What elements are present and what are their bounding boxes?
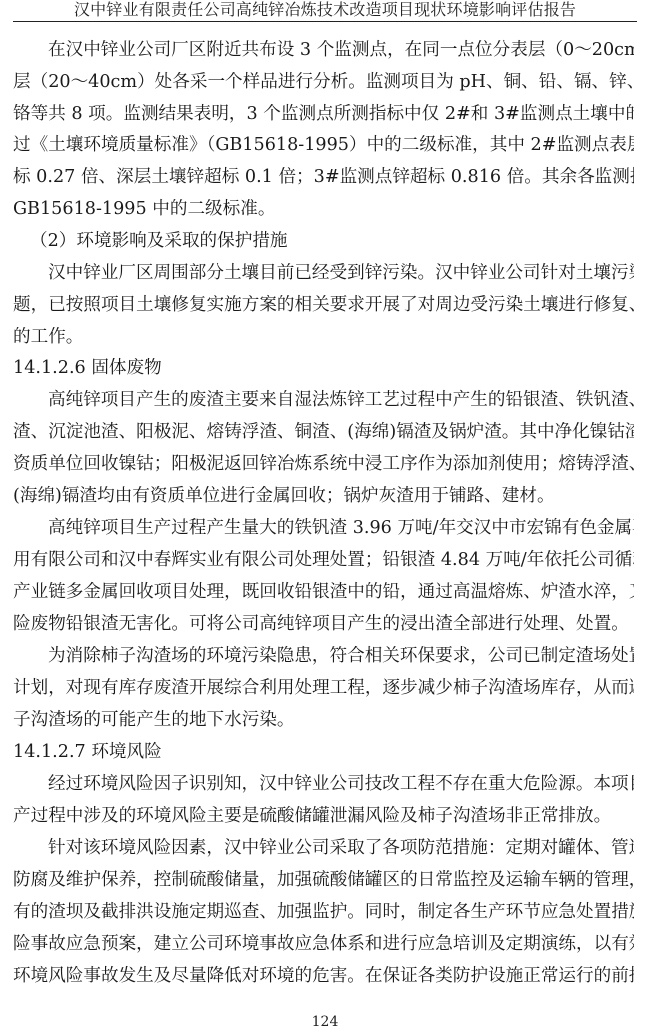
paragraph-line: 为消除柿子沟渣场的环境污染隐患，符合相关环保要求，公司已制定渣场处置实施: [48, 644, 634, 668]
paragraph-line: 资质单位回收镍钴；阳极泥返回锌冶炼系统中浸工序作为添加剂使用；熔铸浮渣、铜渣、: [13, 452, 634, 476]
paragraph-line: 渣、沉淀池渣、阳极泥、熔铸浮渣、铜渣、(海绵)镉渣及锅炉渣。其中净化镍钴渣经有: [13, 420, 634, 444]
paragraph-line: 子沟渣场的可能产生的地下水污染。: [13, 708, 634, 732]
paragraph-line: 汉中锌业厂区周围部分土壤目前已经受到锌污染。汉中锌业公司针对土壤污染问: [48, 261, 634, 285]
paragraph-line: 计划，对现有库存废渣开展综合利用处理工程，逐步减少柿子沟渣场库存，从而避免柿: [13, 676, 634, 700]
paragraph-line: 高纯锌项目产生的废渣主要来自湿法炼锌工艺过程中产生的铅银渣、铁钒渣、净化: [48, 388, 634, 412]
paragraph-line: GB15618-1995 中的二级标准。: [13, 197, 634, 221]
subsection-heading: （2）环境影响及采取的保护措施: [30, 229, 430, 253]
paragraph-line: 在汉中锌业公司厂区附近共布设 3 个监测点，在同一点位分表层（0～20cm）和深: [48, 38, 634, 62]
section-heading-solid-waste: 14.1.2.6 固体废物: [13, 356, 413, 380]
paragraph-line: 产过程中涉及的环境风险主要是硫酸储罐泄漏风险及柿子沟渣场非正常排放。: [13, 804, 634, 828]
paragraph-line: 层（20～40cm）处各采一个样品进行分析。监测项目为 pH、铜、铅、镉、锌、砷…: [13, 70, 634, 94]
paragraph-line: 环境风险事故发生及尽量降低对环境的危害。在保证各类防护设施正常运行的前提下，: [13, 964, 634, 988]
paragraph-line: 题，已按照项目土壤修复实施方案的相关要求开展了对周边受污染土壤进行修复、治理: [13, 293, 634, 317]
paragraph-line: 有的渣坝及截排洪设施定期巡查、加强监护。同时，制定各生产环节应急处置措施和风: [13, 900, 634, 924]
paragraph-line: 高纯锌项目生产过程产生量大的铁钒渣 3.96 万吨/年交汉中市宏锦有色金属再生利: [48, 516, 634, 540]
paragraph-line: 标 0.27 倍、深层土壤锌超标 0.1 倍；3#监测点锌超标 0.816 倍。…: [13, 165, 634, 189]
paragraph-line: 的工作。: [13, 325, 634, 349]
paragraph-line: 防腐及维护保养，控制硫酸储量，加强硫酸储罐区的日常监控及运输车辆的管理，对现: [13, 868, 634, 892]
paragraph-line: 针对该环境风险因素，汉中锌业公司采取了各项防范措施：定期对罐体、管道进行: [48, 836, 634, 860]
paragraph-line: 铬等共 8 项。监测结果表明，3 个监测点所测指标中仅 2#和 3#监测点土壤中…: [13, 102, 634, 126]
paragraph-line: 经过环境风险因子识别知，汉中锌业公司技改工程不存在重大危险源。本项目在生: [48, 772, 634, 796]
document-body: 在汉中锌业公司厂区附近共布设 3 个监测点，在同一点位分表层（0～20cm）和深…: [0, 0, 650, 1000]
paragraph-line: 产业链多金属回收项目处理，既回收铅银渣中的铅，通过高温熔炼、炉渣水淬，又将危: [13, 580, 634, 604]
paragraph-line: 险废物铅银渣无害化。可将公司高纯锌项目产生的浸出渣全部进行处理、处置。: [13, 612, 634, 636]
paragraph-line: 过《土壤环境质量标准》（GB15618-1995）中的二级标准，其中 2#监测点…: [13, 133, 634, 157]
paragraph-line: 用有限公司和汉中春辉实业有限公司处理处置；铅银渣 4.84 万吨/年依托公司循环…: [13, 548, 634, 572]
paragraph-line: 险事故应急预案，建立公司环境事故应急体系和进行应急培训及定期演练，以有效防止: [13, 932, 634, 956]
section-heading-environmental-risk: 14.1.2.7 环境风险: [13, 740, 413, 764]
paragraph-line: (海绵)镉渣均由有资质单位进行金属回收；锅炉灰渣用于铺路、建材。: [13, 484, 634, 508]
page-number: 124: [300, 1012, 350, 1032]
